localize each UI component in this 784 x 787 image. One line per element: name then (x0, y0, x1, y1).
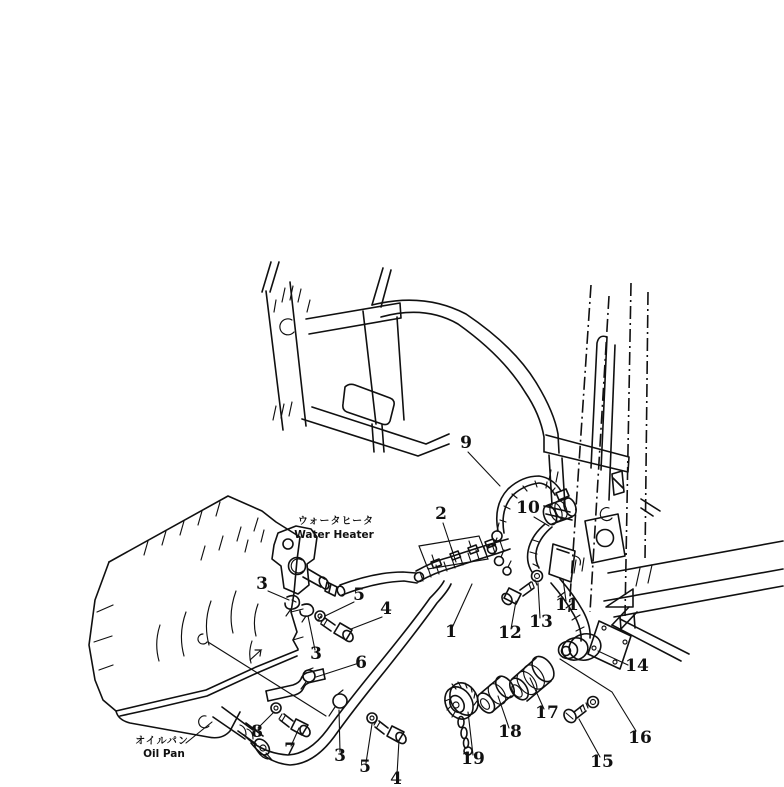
callout-7: 7 (284, 740, 296, 760)
machine-frame (262, 262, 783, 661)
callout-1: 1 (445, 622, 457, 642)
callout-4b: 4 (390, 769, 402, 787)
callout-5b: 5 (359, 757, 371, 777)
callout-numbers: 9 2 10 3 5 4 3 1 12 13 11 14 6 8 7 3 5 4… (251, 433, 652, 787)
callout-15: 15 (590, 752, 614, 772)
water-heater-label-en: Water Heater (294, 529, 374, 541)
cable-clamp (333, 694, 347, 708)
callout-17: 17 (535, 703, 559, 723)
callout-9: 9 (460, 433, 472, 453)
callout-11: 11 (555, 595, 579, 615)
wiring-harness (415, 523, 512, 582)
callout-3b: 3 (310, 644, 322, 664)
mounting-bracket (549, 544, 575, 582)
callout-18: 18 (498, 722, 522, 742)
callout-2: 2 (435, 504, 447, 524)
callout-10: 10 (516, 498, 540, 518)
callout-19: 19 (461, 749, 485, 769)
callout-3a: 3 (256, 574, 268, 594)
callout-5a: 5 (353, 585, 365, 605)
engine-block (89, 496, 326, 760)
oil-pan-heater-cable (244, 581, 451, 765)
callout-6: 6 (355, 653, 367, 673)
chain-link (461, 728, 467, 739)
oil-pan-label-ja: オイルパン (135, 735, 189, 747)
callout-13: 13 (529, 612, 553, 632)
callout-3c: 3 (334, 746, 346, 766)
callout-8: 8 (251, 722, 263, 742)
chain-link (458, 717, 464, 728)
callout-12: 12 (498, 623, 522, 643)
callout-14: 14 (625, 656, 649, 676)
oil-pan-label-en: Oil Pan (143, 748, 185, 760)
plug-cap-19 (439, 678, 484, 755)
parts-diagram-page: 9 2 10 3 5 4 3 1 12 13 11 14 6 8 7 3 5 4… (0, 0, 784, 787)
parts-diagram-canvas: 9 2 10 3 5 4 3 1 12 13 11 14 6 8 7 3 5 4… (0, 0, 784, 787)
hose-clamp (300, 604, 313, 616)
callout-16: 16 (628, 728, 652, 748)
callout-4a: 4 (380, 599, 392, 619)
water-heater-label-ja: ウォータヒータ (298, 515, 374, 527)
